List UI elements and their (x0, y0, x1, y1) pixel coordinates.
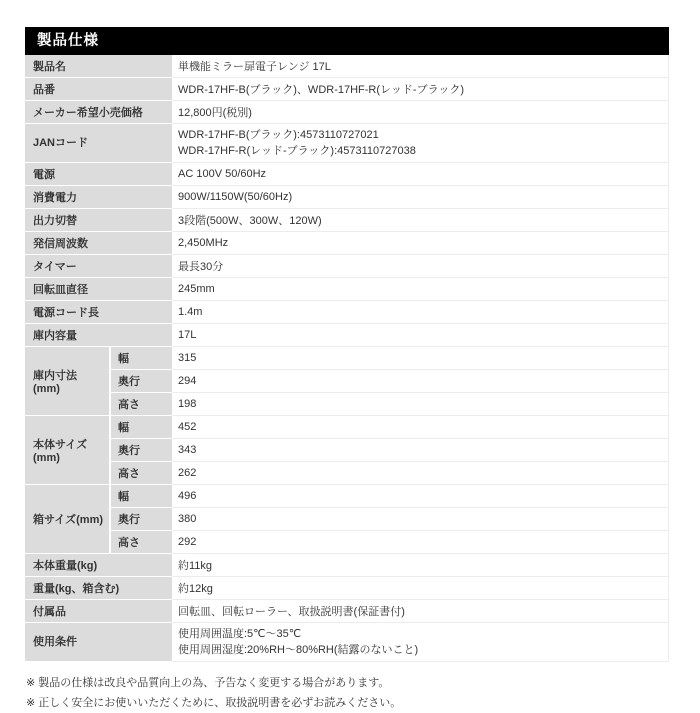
spec-label: 付属品 (25, 600, 172, 623)
table-row: 本体サイズ(mm) 幅 452 (25, 416, 669, 439)
spec-sublabel: 高さ (110, 462, 172, 485)
spec-group-label: 本体サイズ(mm) (25, 416, 110, 485)
table-row: 回転皿直径 245mm (25, 278, 669, 301)
table-row: 使用条件 使用周囲温度:5℃〜35℃ 使用周囲湿度:20%RH〜80%RH(結露… (25, 623, 669, 662)
spec-value: 1.4m (172, 301, 669, 324)
table-row: 電源コード長 1.4m (25, 301, 669, 324)
table-row: メーカー希望小売価格 12,800円(税別) (25, 101, 669, 124)
spec-value: 452 (172, 416, 669, 439)
spec-group-label: 箱サイズ(mm) (25, 485, 110, 554)
spec-label: 本体重量(kg) (25, 554, 172, 577)
spec-sheet: 製品仕様 製品名 単機能ミラー扉電子レンジ 17L 品番 WDR-17HF-B(… (25, 27, 669, 713)
table-row: 庫内容量 17L (25, 324, 669, 347)
spec-label: タイマー (25, 255, 172, 278)
spec-value: WDR-17HF-B(ブラック):4573110727021 WDR-17HF-… (172, 124, 669, 163)
spec-label: 発信周波数 (25, 232, 172, 255)
table-row: 品番 WDR-17HF-B(ブラック)、WDR-17HF-R(レッド-ブラック) (25, 78, 669, 101)
table-row: タイマー 最長30分 (25, 255, 669, 278)
table-row: 奥行 343 (25, 439, 669, 462)
table-row: 箱サイズ(mm) 幅 496 (25, 485, 669, 508)
spec-label: 出力切替 (25, 209, 172, 232)
spec-label: JANコード (25, 124, 172, 163)
spec-value-line: 使用周囲温度:5℃〜35℃ (178, 626, 662, 642)
spec-value: 3段階(500W、300W、120W) (172, 209, 669, 232)
spec-value: 約11kg (172, 554, 669, 577)
spec-sublabel: 高さ (110, 393, 172, 416)
spec-label: 電源コード長 (25, 301, 172, 324)
spec-value: 12,800円(税別) (172, 101, 669, 124)
spec-sublabel: 奥行 (110, 370, 172, 393)
table-row: 奥行 380 (25, 508, 669, 531)
spec-value: 380 (172, 508, 669, 531)
spec-table: 製品名 単機能ミラー扉電子レンジ 17L 品番 WDR-17HF-B(ブラック)… (25, 55, 669, 662)
spec-value: 単機能ミラー扉電子レンジ 17L (172, 55, 669, 78)
table-row: 発信周波数 2,450MHz (25, 232, 669, 255)
table-row: 本体重量(kg) 約11kg (25, 554, 669, 577)
spec-sublabel: 幅 (110, 485, 172, 508)
spec-group-label: 庫内寸法(mm) (25, 347, 110, 416)
table-row: 高さ 292 (25, 531, 669, 554)
spec-label: 重量(kg、箱含む) (25, 577, 172, 600)
table-row: 電源 AC 100V 50/60Hz (25, 163, 669, 186)
spec-value-line: WDR-17HF-B(ブラック):4573110727021 (178, 127, 662, 143)
spec-label: 電源 (25, 163, 172, 186)
table-row: 出力切替 3段階(500W、300W、120W) (25, 209, 669, 232)
table-row: 付属品 回転皿、回転ローラー、取扱説明書(保証書付) (25, 600, 669, 623)
spec-value: 最長30分 (172, 255, 669, 278)
spec-label: 消費電力 (25, 186, 172, 209)
table-row: 高さ 198 (25, 393, 669, 416)
spec-value: 2,450MHz (172, 232, 669, 255)
spec-value: 294 (172, 370, 669, 393)
spec-label: 庫内容量 (25, 324, 172, 347)
spec-value: 17L (172, 324, 669, 347)
spec-sublabel: 奥行 (110, 439, 172, 462)
footnote: ※ 正しく安全にお使いいただくために、取扱説明書を必ずお読みください。 (26, 693, 669, 713)
table-row: 消費電力 900W/1150W(50/60Hz) (25, 186, 669, 209)
table-row: JANコード WDR-17HF-B(ブラック):4573110727021 WD… (25, 124, 669, 163)
spec-sublabel: 奥行 (110, 508, 172, 531)
table-row: 高さ 262 (25, 462, 669, 485)
spec-value: 343 (172, 439, 669, 462)
spec-value: 315 (172, 347, 669, 370)
spec-label: 使用条件 (25, 623, 172, 662)
spec-value: AC 100V 50/60Hz (172, 163, 669, 186)
spec-value: 198 (172, 393, 669, 416)
spec-value: WDR-17HF-B(ブラック)、WDR-17HF-R(レッド-ブラック) (172, 78, 669, 101)
spec-label: 回転皿直径 (25, 278, 172, 301)
spec-value: 496 (172, 485, 669, 508)
spec-label: 品番 (25, 78, 172, 101)
table-row: 奥行 294 (25, 370, 669, 393)
spec-sublabel: 幅 (110, 347, 172, 370)
spec-sublabel: 高さ (110, 531, 172, 554)
footnotes: ※ 製品の仕様は改良や品質向上の為、予告なく変更する場合があります。 ※ 正しく… (25, 673, 669, 713)
spec-value: 回転皿、回転ローラー、取扱説明書(保証書付) (172, 600, 669, 623)
table-title: 製品仕様 (25, 27, 669, 55)
table-row: 庫内寸法(mm) 幅 315 (25, 347, 669, 370)
spec-value-line: 使用周囲湿度:20%RH〜80%RH(結露のないこと) (178, 642, 662, 658)
spec-value: 262 (172, 462, 669, 485)
spec-value-line: WDR-17HF-R(レッド-ブラック):4573110727038 (178, 143, 662, 159)
table-row: 重量(kg、箱含む) 約12kg (25, 577, 669, 600)
spec-value: 245mm (172, 278, 669, 301)
table-row: 製品名 単機能ミラー扉電子レンジ 17L (25, 55, 669, 78)
spec-value: 使用周囲温度:5℃〜35℃ 使用周囲湿度:20%RH〜80%RH(結露のないこと… (172, 623, 669, 662)
spec-label: 製品名 (25, 55, 172, 78)
spec-value: 約12kg (172, 577, 669, 600)
spec-label: メーカー希望小売価格 (25, 101, 172, 124)
spec-value: 900W/1150W(50/60Hz) (172, 186, 669, 209)
footnote: ※ 製品の仕様は改良や品質向上の為、予告なく変更する場合があります。 (26, 673, 669, 693)
spec-sublabel: 幅 (110, 416, 172, 439)
spec-value: 292 (172, 531, 669, 554)
